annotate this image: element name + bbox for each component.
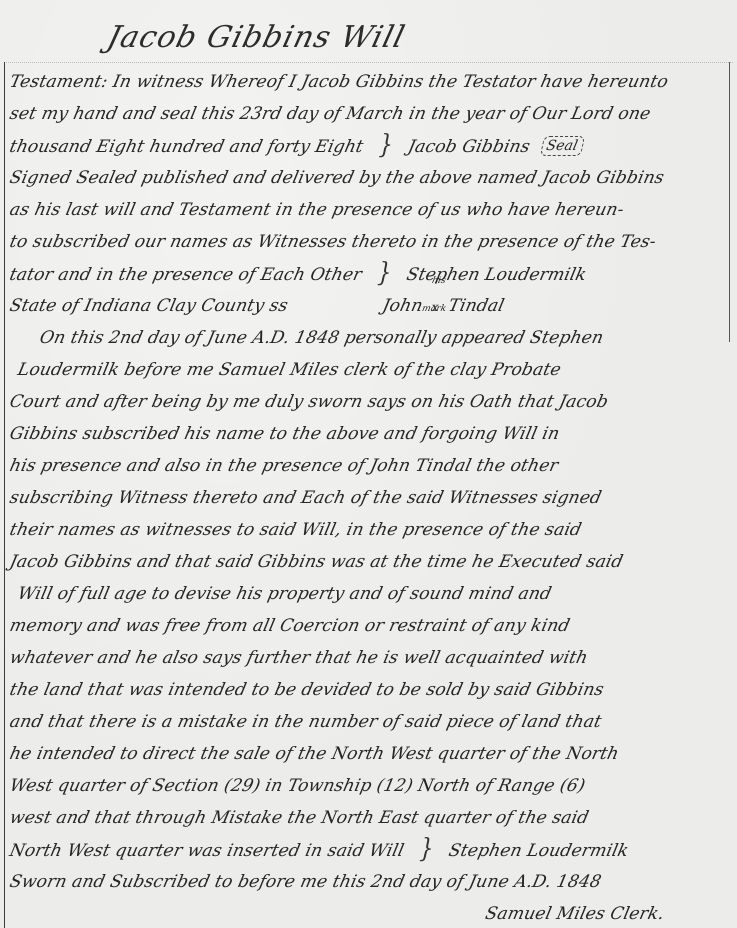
affiant-signature: Stephen Loudermilk bbox=[447, 841, 631, 861]
text-line: and that there is a mistake in the numbe… bbox=[7, 706, 734, 738]
text-line: west and that through Mistake the North … bbox=[7, 802, 734, 834]
witness-2-signature: John his x mark Tindal bbox=[379, 290, 507, 323]
text-line-with-signature: tator and in the presence of Each Other … bbox=[7, 258, 734, 290]
document-title: Jacob Gibbins Will bbox=[104, 20, 409, 55]
text-line: Testament: In witness Whereof I Jacob Gi… bbox=[7, 66, 734, 98]
text-line: the land that was intended to be devided… bbox=[7, 674, 734, 706]
brace-mark: } bbox=[415, 831, 437, 869]
text-line: to subscribed our names as Witnesses the… bbox=[7, 226, 734, 258]
seal-mark: Seal bbox=[539, 136, 584, 156]
text-line: as his last will and Testament in the pr… bbox=[7, 194, 734, 226]
text-line: their names as witnesses to said Will, i… bbox=[7, 514, 734, 546]
text-line: Will of full age to devise his property … bbox=[7, 578, 734, 610]
text-line: memory and was free from all Coercion or… bbox=[7, 610, 734, 642]
testator-signature: Jacob Gibbins bbox=[406, 137, 532, 157]
brace-mark: } bbox=[373, 255, 395, 293]
text-line: his presence and also in the presence of… bbox=[7, 450, 734, 482]
page-left-border bbox=[4, 62, 5, 928]
venue-line: State of Indiana Clay County ss bbox=[8, 296, 290, 316]
text-line: Gibbins subscribed his name to the above… bbox=[7, 418, 734, 450]
text-line: On this 2nd day of June A.D. 1848 person… bbox=[7, 322, 734, 354]
text-line-with-signature: North West quarter was inserted in said … bbox=[7, 834, 734, 866]
text-line-with-signature: thousand Eight hundred and forty Eight }… bbox=[7, 130, 734, 162]
page-top-rule bbox=[4, 62, 733, 63]
text-line: subscribing Witness thereto and Each of … bbox=[7, 482, 734, 514]
text-line: Jacob Gibbins and that said Gibbins was … bbox=[7, 546, 734, 578]
text-line: set my hand and seal this 23rd day of Ma… bbox=[7, 98, 734, 130]
document-body: Testament: In witness Whereof I Jacob Gi… bbox=[10, 66, 730, 928]
text-line: Loudermilk before me Samuel Miles clerk … bbox=[7, 354, 734, 386]
brace-mark: } bbox=[375, 127, 397, 165]
text-line: he intended to direct the sale of the No… bbox=[7, 738, 734, 770]
clerk-signature-line: Samuel Miles Clerk. bbox=[7, 898, 734, 928]
text-line: West quarter of Section (29) in Township… bbox=[7, 770, 734, 802]
clerk-signature: Samuel Miles Clerk. bbox=[483, 904, 666, 924]
text-line: Sworn and Subscribed to before me this 2… bbox=[7, 866, 734, 898]
document-page: Jacob Gibbins Will Testament: In witness… bbox=[0, 0, 737, 928]
text-line: Court and after being by me duly sworn s… bbox=[7, 386, 734, 418]
text-line-with-signature: State of Indiana Clay County ss John his… bbox=[7, 290, 734, 322]
text-line: whatever and he also says further that h… bbox=[7, 642, 734, 674]
text-line: Signed Sealed published and delivered by… bbox=[7, 162, 734, 194]
